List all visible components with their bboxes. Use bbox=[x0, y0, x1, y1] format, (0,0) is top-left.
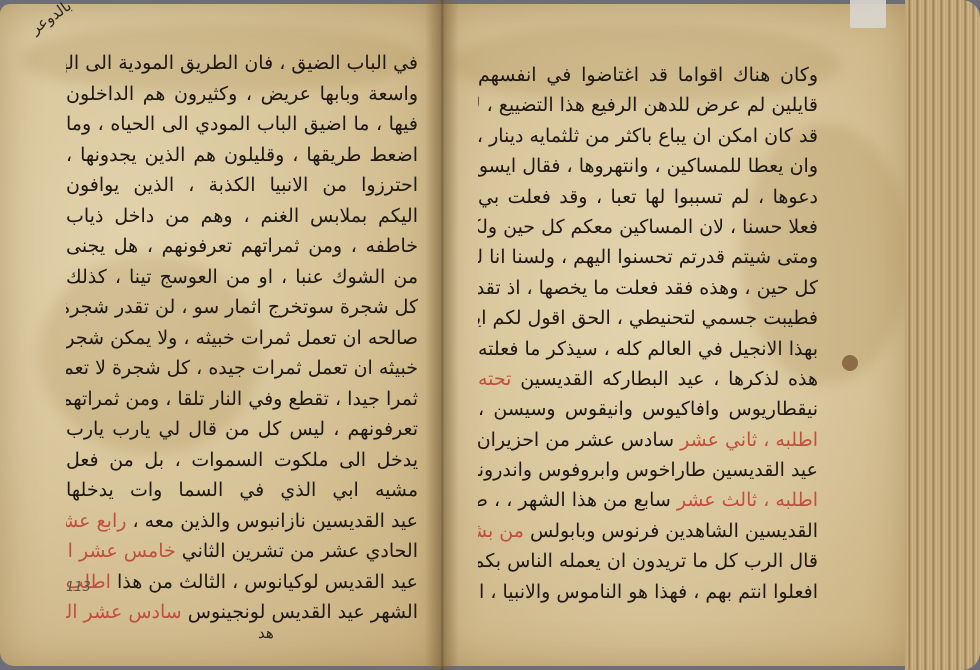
text-line: واسعة وبابها عريض ، وكثيرون هم الداخلون bbox=[66, 79, 418, 110]
text-line: قايلين لم عرض للدهن الرفيع هذا التضييع ،… bbox=[478, 90, 818, 120]
text-line: الشهر عيد القديس لونجينوس سادس عشر الطلب bbox=[66, 597, 418, 628]
text-line: من الشوك عنبا ، او من العوسج تينا ، كذلك bbox=[66, 262, 418, 293]
catchword: هد bbox=[258, 624, 274, 642]
text-line: فعلا حسنا ، لان المساكين معكم كل حين ولك… bbox=[478, 212, 818, 242]
text-line: وان يعطا للمساكين ، وانتهروها ، فقال ايس… bbox=[478, 151, 818, 181]
rubric: سادس عشر الطلب bbox=[66, 601, 182, 623]
page-edges bbox=[905, 0, 980, 670]
text-line: اطلبه ، ثاني عشر سادس عشر من احزيران bbox=[478, 425, 818, 455]
open-manuscript: بالدوعر في الباب الضيق ، فان الطريق المو… bbox=[0, 0, 980, 670]
text-line: وكان هناك اقواما قد اغتاضوا في انفسهم bbox=[478, 60, 818, 90]
text-line: كل حين ، وهذه فقد فعلت ما يخصها ، اذ تقد… bbox=[478, 273, 818, 303]
text-line: فطيبت جسمي لتحنيطي ، الحق اقول لكم اين م… bbox=[478, 303, 818, 333]
text-line: ثمرا جيدا ، تقطع وفي النار تلقا ، ومن ثم… bbox=[66, 384, 418, 415]
text-line: الحادي عشر من تشرين الثاني خامس عشر الطل… bbox=[66, 536, 418, 567]
rubric: رابع عشر bbox=[66, 510, 126, 532]
text-line: في الباب الضيق ، فان الطريق المودية الى … bbox=[66, 48, 418, 79]
rubric: اطلبه ، ثاني عشر bbox=[680, 429, 818, 451]
text-line: قال الرب كل ما تريدون ان يعمله الناس بكم… bbox=[478, 546, 818, 576]
paper-tab bbox=[850, 0, 886, 28]
left-page-text: في الباب الضيق ، فان الطريق المودية الى … bbox=[66, 48, 418, 628]
rubric: من بشارة متى bbox=[478, 520, 524, 542]
text-line: مشيه ابي الذي في السما وات يدخلها bbox=[66, 475, 418, 506]
rubric: اطلبه ، ثالث عشر bbox=[677, 489, 818, 511]
rubric: تحته bbox=[478, 368, 511, 390]
book-gutter bbox=[425, 0, 459, 670]
text-line: صالحه ان تعمل ثمرات خبيثه ، ولا يمكن شجر… bbox=[66, 323, 418, 354]
text-line: فيها ، ما اضيق الباب المودي الى الحياه ،… bbox=[66, 109, 418, 140]
text-line: نيقطاريوس وافاكيوس وانيقوس وسيسن ، bbox=[478, 394, 818, 424]
text-line: بهذا الانجيل في العالم كله ، سيذكر ما فع… bbox=[478, 334, 818, 364]
text-line: دعوها ، لم تسببوا لها تعبا ، وقد فعلت بي bbox=[478, 182, 818, 212]
text-line: يدخل الى ملكوت السموات ، بل من فعل bbox=[66, 445, 418, 476]
right-page-text: وكان هناك اقواما قد اغتاضوا في انفسهم قا… bbox=[478, 60, 818, 607]
text-line: عيد القديسين نازانبوس والذين معه ، رابع … bbox=[66, 506, 418, 537]
text-line: اطلبه ، ثالث عشر سابع من هذا الشهر ، ، ص… bbox=[478, 485, 818, 515]
ink-blot bbox=[842, 355, 858, 371]
text-line: ومتى شيتم قدرتم تحسنوا اليهم ، ولسنا انا… bbox=[478, 242, 818, 272]
text-line: القديسين الشاهدين فرنوس وبابولس من بشارة… bbox=[478, 516, 818, 546]
text-line: هذه لذكرها ، عيد البطاركه القديسين تحته bbox=[478, 364, 818, 394]
text-line: قد كان امكن ان يباع باكثر من ثلثمايه دين… bbox=[478, 121, 818, 151]
text-line: خبيثه ان تعمل ثمرات جيده ، كل شجرة لا تع… bbox=[66, 353, 418, 384]
text-line: اليكم بملابس الغنم ، وهم من داخل ذياب bbox=[66, 201, 418, 232]
text-line: عيد القديسين طاراخوس وابروفوس واندرونيقو… bbox=[478, 455, 818, 485]
folio-number: 113 bbox=[66, 580, 91, 595]
text-line: احترزوا من الانبيا الكذبة ، الذين يوافون bbox=[66, 170, 418, 201]
rubric: خامس عشر الطلب bbox=[66, 540, 176, 562]
text-line: كل شجرة سوتخرج اثمار سو ، لن تقدر شجرة bbox=[66, 292, 418, 323]
text-line: عيد القديس لوكيانوس ، الثالث من هذا اطلب bbox=[66, 567, 418, 598]
text-line: تعرفونهم ، ليس كل من قال لي يارب يارب bbox=[66, 414, 418, 445]
text-line: اضعط طريقها ، وقليلون هم الذين يجدونها ، bbox=[66, 140, 418, 171]
text-line: افعلوا انتم بهم ، فهذا هو الناموس والانب… bbox=[478, 577, 818, 607]
text-line: خاطفه ، ومن ثمراتهم تعرفونهم ، هل يجنى bbox=[66, 231, 418, 262]
